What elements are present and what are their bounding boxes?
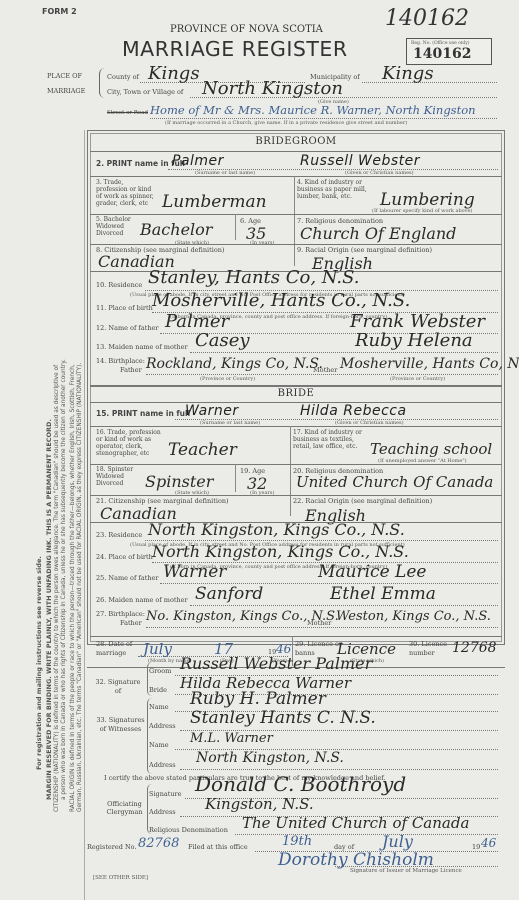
bride-mother-label: 26. Maiden name of mother [96,596,188,604]
place-label-1: PLACE OF [47,72,82,80]
witness2-name-label: Name [149,741,169,749]
marriage-register-document: For registration and mailing instruction… [0,0,519,900]
bride-father-label: 25. Name of father [96,574,158,582]
divider [294,176,295,266]
line [180,769,498,770]
filed-label: Filed at this office [188,843,248,851]
bridegroom-heading: BRIDEGROOM [90,136,502,147]
groom-mother-label: 13. Maiden name of mother [96,343,188,351]
margin-line-4: a person who was born in Canada or who h… [61,359,67,800]
groom-birthplace: Mosherville, Hants Co., N.S. [152,290,410,311]
signature-of-label: 32. Signature of [93,678,143,696]
witness2-address-label: Address [149,761,176,769]
handwritten-number: 140162 [385,6,469,31]
groom-father-surname: Palmer [165,311,229,332]
divider [90,426,502,427]
margin-line-3: CITIZENSHIP (NATIONALITY) is defined in … [54,365,60,812]
issuer-label: Signature of Issuer of Marriage Licence [350,868,462,874]
divider [290,426,291,516]
see-other-side: [SEE OTHER SIDE] [93,875,148,881]
bride-status: Spinster [145,472,213,491]
bride-racial-label: 22. Racial Origin (see marginal definiti… [293,497,432,505]
groom-given: Russell Webster [300,153,420,169]
divider [235,214,236,240]
bride-mother-given: Ethel Emma [330,584,436,604]
groom-father-label: 12. Name of father [96,324,158,332]
marriage-month: July [143,640,172,658]
groom-father-word: Father [120,366,142,374]
margin-line-5: RACIAL ORIGIN is defined in terms of the… [70,364,76,812]
groom-trade: Lumberman [162,192,267,212]
witness1-name: Ruby H. Palmer [190,689,326,709]
bride-parents-birth-label: 27. Birthplace: [96,610,145,618]
bride-birthplace: North Kingston, Kings Co., N.S. [152,542,409,561]
clergy-signature-label: Signature [149,790,182,798]
page-title: MARRIAGE REGISTER [122,37,348,61]
bride-surname: Warner [185,403,239,419]
street-line [150,118,497,119]
province-heading: PROVINCE OF NOVA SCOTIA [170,24,323,35]
divider [90,214,502,215]
groom-racial-label: 9. Racial Origin (see marginal definitio… [297,246,432,254]
groom-mother-word: Mother [313,366,337,374]
margin-line-2: MARGIN RESERVED FOR BINDING. WRITE PLAIN… [45,419,53,800]
line [335,866,498,867]
bride-father-given: Maurice Lee [318,562,426,582]
clergy-address: Kingston, N.S. [205,795,314,813]
groom-status: Bachelor [140,220,212,239]
county-label: County of [107,73,139,81]
groom-father-birth: Rockland, Kings Co, N.S. [146,356,323,372]
groom-residence-label: 10. Residence [96,281,142,289]
street-value: Home of Mr & Mrs. Maurice R. Warner, Nor… [150,103,476,117]
groom-sig-label: Groom [149,667,171,675]
bride-mother-birth: Weston, Kings Co., N.S. [336,609,491,624]
clergy-label: Officiating Clergyman [102,800,147,816]
bride-status-label: 18. Spinster Widowed Divorced [96,466,134,487]
groom-birthplace-label: 11. Place of birth [96,304,153,312]
witness1-address: Stanley Hants C. N.S. [190,708,376,728]
street-hint: (If marriage occurred in a Church, give … [165,120,407,126]
bride-residence-label: 23. Residence [96,531,142,539]
reg-number-box: Reg. No. (Office use only) 140162 [406,38,492,65]
city-value: North Kingston [202,78,343,99]
divider [90,402,502,403]
bride-religion: United Church Of Canada [296,473,493,491]
page-edge [84,130,85,900]
filed-year-prefix: 19 [472,843,480,851]
denomination-label: Religious Denomination [149,826,228,834]
witness1-name-label: Name [149,703,169,711]
bride-industry-label: 17. Kind of industry or business as text… [293,429,365,450]
groom-trade-label: 3. Trade, profession or kind of work as … [96,179,156,207]
bride-mother-surname: Sanford [195,584,263,604]
bride-mother-word: Mother [307,619,331,627]
marriage-date-label: 28. Date of marriage [96,640,141,658]
province-hint: (Province or Country) [390,376,445,382]
groom-mother-given: Ruby Helena [355,330,473,351]
age-hint: (In years) [250,240,274,246]
groom-father-given: Frank Webster [350,311,485,332]
place-label-2: MARRIAGE [47,87,85,95]
witness1-address-label: Address [149,722,176,730]
municipality-value: Kings [382,63,434,84]
bride-sig-label: Bride [149,686,167,694]
bride-birthplace-label: 24. Place of birth [96,553,153,561]
county-value: Kings [148,63,200,84]
bride-name-label: 15. PRINT name in full [96,409,190,418]
bride-industry: Teaching school [370,440,492,458]
licence-number: 12768 [452,640,497,656]
street-label: Street or Road [107,110,148,116]
line [146,374,498,375]
bride-trade: Teacher [168,440,237,460]
divider [235,464,236,492]
groom-signature: Russell Webster Palmer [180,654,372,673]
groom-parents-birth-label: 14. Birthplace: [96,357,145,365]
bride-given: Hilda Rebecca [300,403,407,419]
groom-residence: Stanley, Hants Co, N.S. [148,267,360,288]
divider [90,636,502,637]
registered-no: 82768 [138,836,179,851]
divider [90,495,502,496]
divider [90,151,502,152]
groom-mother-surname: Casey [195,330,250,351]
city-label: City, Town or Village of [107,88,183,96]
groom-mother-birth: Mosherville, Hants Co, N.S. [340,356,519,372]
line [235,834,498,835]
bride-residence: North Kingston, Kings Co., N.S. [148,520,405,539]
clergy-signature: Donald C. Boothroyd [195,772,406,796]
form-label: FORM 2 [42,7,77,16]
bride-father-surname: Warner [163,562,226,582]
groom-status-label: 5. Bachelor Widowed Divorced [96,216,134,237]
province-hint: (Province or Country) [200,376,255,382]
bride-father-word: Father [120,619,142,627]
issuer-signature: Dorothy Chisholm [278,850,434,870]
divider [90,464,502,465]
witnesses-label: 33. Signatures of Witnesses [93,716,148,734]
line [190,605,498,606]
denomination: The United Church of Canada [242,814,469,832]
bride-heading: BRIDE [90,388,502,399]
witness2-address: North Kingston, N.S. [196,750,344,766]
margin-line-6: German, Russian, Ukrainian, etc. The ter… [77,363,83,812]
groom-surname: Palmer [172,153,224,169]
reg-number: 140162 [413,46,471,62]
registered-no-label: Registered No. [87,843,137,851]
witness2-name: M.L. Warner [190,731,273,746]
line [145,540,498,541]
margin-line-1: For registration and mailing instruction… [35,556,43,770]
clergy-address-label: Address [149,808,176,816]
groom-industry-label: 4. Kind of industry or business as paper… [297,179,367,200]
line [190,352,498,353]
groom-religion: Church Of England [300,224,456,243]
divider [90,176,502,177]
divider [90,244,502,245]
place-brace [99,68,105,98]
line [146,627,498,628]
divider [90,385,502,387]
filed-month: July [382,832,413,851]
groom-industry: Lumbering [380,190,475,210]
filed-day: 19th [282,834,312,849]
filed-year: 46 [481,836,496,850]
bride-trade-label: 16. Trade, profession or kind of work as… [96,429,161,457]
